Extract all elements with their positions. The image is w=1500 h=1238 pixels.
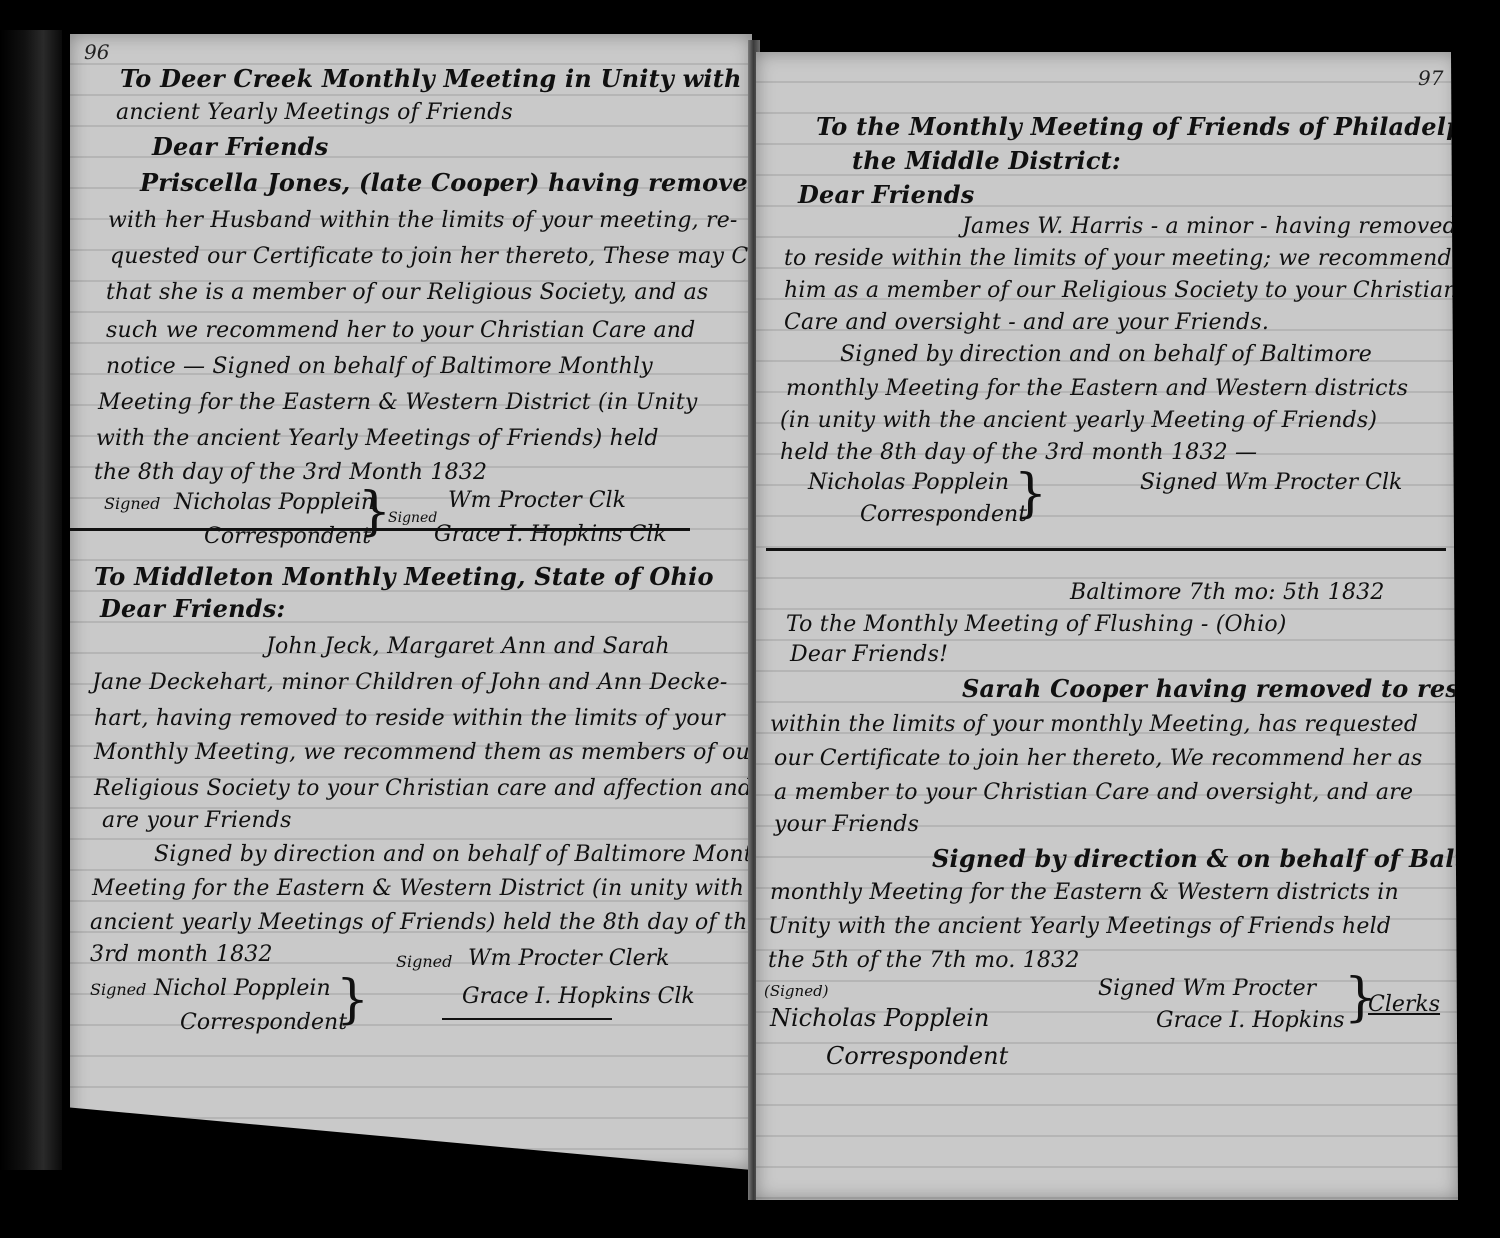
clerk-signature: Signed Wm Procter bbox=[1098, 976, 1316, 1001]
signed-label: Signed bbox=[90, 980, 146, 999]
letter-body-line: Signed by direction and on behalf of Bal… bbox=[840, 342, 1372, 367]
letter-body-line: Care and oversight - and are your Friend… bbox=[784, 310, 1269, 335]
letter-body-line: notice — Signed on behalf of Baltimore M… bbox=[106, 354, 653, 379]
letter-address: the Middle District: bbox=[852, 146, 1121, 175]
left-page: 96 To Deer Creek Monthly Meeting in Unit… bbox=[70, 34, 752, 1170]
letter-body-line: Religious Society to your Christian care… bbox=[94, 776, 752, 801]
letter-body-line: monthly Meeting for the Eastern & Wester… bbox=[770, 880, 1399, 905]
flourish-underline bbox=[442, 1018, 612, 1020]
book-binding bbox=[0, 30, 62, 1170]
page-number: 96 bbox=[84, 40, 109, 64]
letter-body-line: held the 8th day of the 3rd month 1832 — bbox=[780, 440, 1257, 465]
right-page: 97 To the Monthly Meeting of Friends of … bbox=[756, 52, 1458, 1200]
letter-body-line: John Jeck, Margaret Ann and Sarah bbox=[266, 634, 670, 659]
signer-role: Correspondent bbox=[860, 502, 1027, 527]
letter-body-line: with her Husband within the limits of yo… bbox=[108, 208, 738, 233]
letter-body-line: your Friends bbox=[774, 812, 919, 837]
signer-name: Nicholas Popplein bbox=[174, 490, 375, 515]
letter-body-line: (in unity with the ancient yearly Meetin… bbox=[780, 408, 1377, 433]
letter-salutation: Dear Friends bbox=[798, 180, 974, 209]
letter-address: ancient Yearly Meetings of Friends bbox=[116, 100, 513, 125]
ledger-spread: 96 To Deer Creek Monthly Meeting in Unit… bbox=[0, 0, 1500, 1238]
clerk-signature: Grace I. Hopkins Clk bbox=[434, 522, 667, 547]
letter-body-line: hart, having removed to reside within th… bbox=[94, 706, 725, 731]
brace-icon: } bbox=[1014, 468, 1047, 520]
letter-body-line: our Certificate to join her thereto, We … bbox=[774, 746, 1423, 771]
letter-salutation: Dear Friends bbox=[152, 132, 328, 161]
letter-body-line: Signed by direction & on behalf of Balti… bbox=[932, 844, 1500, 873]
letter-body-line: Meeting for the Eastern & Western Distri… bbox=[98, 390, 698, 415]
letter-address: To the Monthly Meeting of Friends of Phi… bbox=[816, 112, 1500, 141]
letter-address: To Deer Creek Monthly Meeting in Unity w… bbox=[120, 64, 795, 93]
signed-label: Signed bbox=[396, 952, 452, 971]
letter-dateline: Baltimore 7th mo: 5th 1832 bbox=[1070, 580, 1385, 605]
signer-role: Correspondent bbox=[180, 1010, 347, 1035]
letter-body-line: quested our Certificate to join her ther… bbox=[110, 244, 810, 269]
signed-label: Signed bbox=[104, 494, 160, 513]
letter-body-line: ancient yearly Meetings of Friends) held… bbox=[90, 910, 761, 935]
letter-body-line: are your Friends bbox=[102, 808, 292, 833]
letter-body-line: the 8th day of the 3rd Month 1832 bbox=[94, 460, 487, 485]
letter-body-line: within the limits of your monthly Meetin… bbox=[770, 712, 1418, 737]
letter-body-line: Sarah Cooper having removed to reside bbox=[962, 674, 1500, 703]
section-divider bbox=[70, 528, 690, 531]
clerk-signature: Wm Procter Clerk bbox=[468, 946, 669, 971]
letter-address: To Middleton Monthly Meeting, State of O… bbox=[94, 562, 714, 591]
letter-body-line: Jane Deckehart, minor Children of John a… bbox=[92, 670, 727, 695]
clerk-signature: Signed Wm Procter Clk bbox=[1140, 470, 1402, 495]
signer-role: Correspondent bbox=[826, 1042, 1008, 1070]
clerk-signature: Grace I. Hopkins Clk bbox=[462, 984, 695, 1009]
page-number: 97 bbox=[1418, 66, 1443, 90]
letter-body-line: James W. Harris - a minor - having remov… bbox=[962, 214, 1457, 239]
clerk-signature: Grace I. Hopkins bbox=[1156, 1008, 1345, 1033]
signer-name: Nicholas Popplein bbox=[808, 470, 1009, 495]
letter-body-line: a member to your Christian Care and over… bbox=[774, 780, 1413, 805]
letter-salutation: Dear Friends: bbox=[100, 594, 285, 623]
letter-body-line: with the ancient Yearly Meetings of Frie… bbox=[96, 426, 659, 451]
letter-salutation: Dear Friends! bbox=[790, 642, 948, 667]
letter-body-line: him as a member of our Religious Society… bbox=[784, 278, 1458, 303]
letter-body-line: Meeting for the Eastern & Western Distri… bbox=[92, 876, 788, 901]
letter-body-line: the 5th of the 7th mo. 1832 bbox=[768, 948, 1080, 973]
letter-body-line: Signed by direction and on behalf of Bal… bbox=[154, 842, 787, 867]
letter-body-line: that she is a member of our Religious So… bbox=[106, 280, 708, 305]
signer-name: Nichol Popplein bbox=[154, 976, 331, 1001]
brace-icon: } bbox=[336, 974, 369, 1026]
signer-name: Nicholas Popplein bbox=[770, 1004, 989, 1032]
letter-body-line: to reside within the limits of your meet… bbox=[784, 246, 1452, 271]
letter-body-line: Unity with the ancient Yearly Meetings o… bbox=[768, 914, 1391, 939]
letter-body-line: monthly Meeting for the Eastern and West… bbox=[786, 376, 1408, 401]
letter-address: To the Monthly Meeting of Flushing - (Oh… bbox=[786, 612, 1287, 637]
letter-body-line: 3rd month 1832 bbox=[90, 942, 273, 967]
clerks-role: Clerks bbox=[1368, 992, 1440, 1017]
section-divider bbox=[766, 548, 1446, 551]
clerk-signature: Wm Procter Clk bbox=[448, 488, 626, 513]
signed-label: Signed bbox=[388, 510, 437, 526]
letter-body-line: Monthly Meeting, we recommend them as me… bbox=[94, 740, 761, 765]
letter-body-line: such we recommend her to your Christian … bbox=[106, 318, 695, 343]
signed-label: (Signed) bbox=[764, 982, 829, 1000]
